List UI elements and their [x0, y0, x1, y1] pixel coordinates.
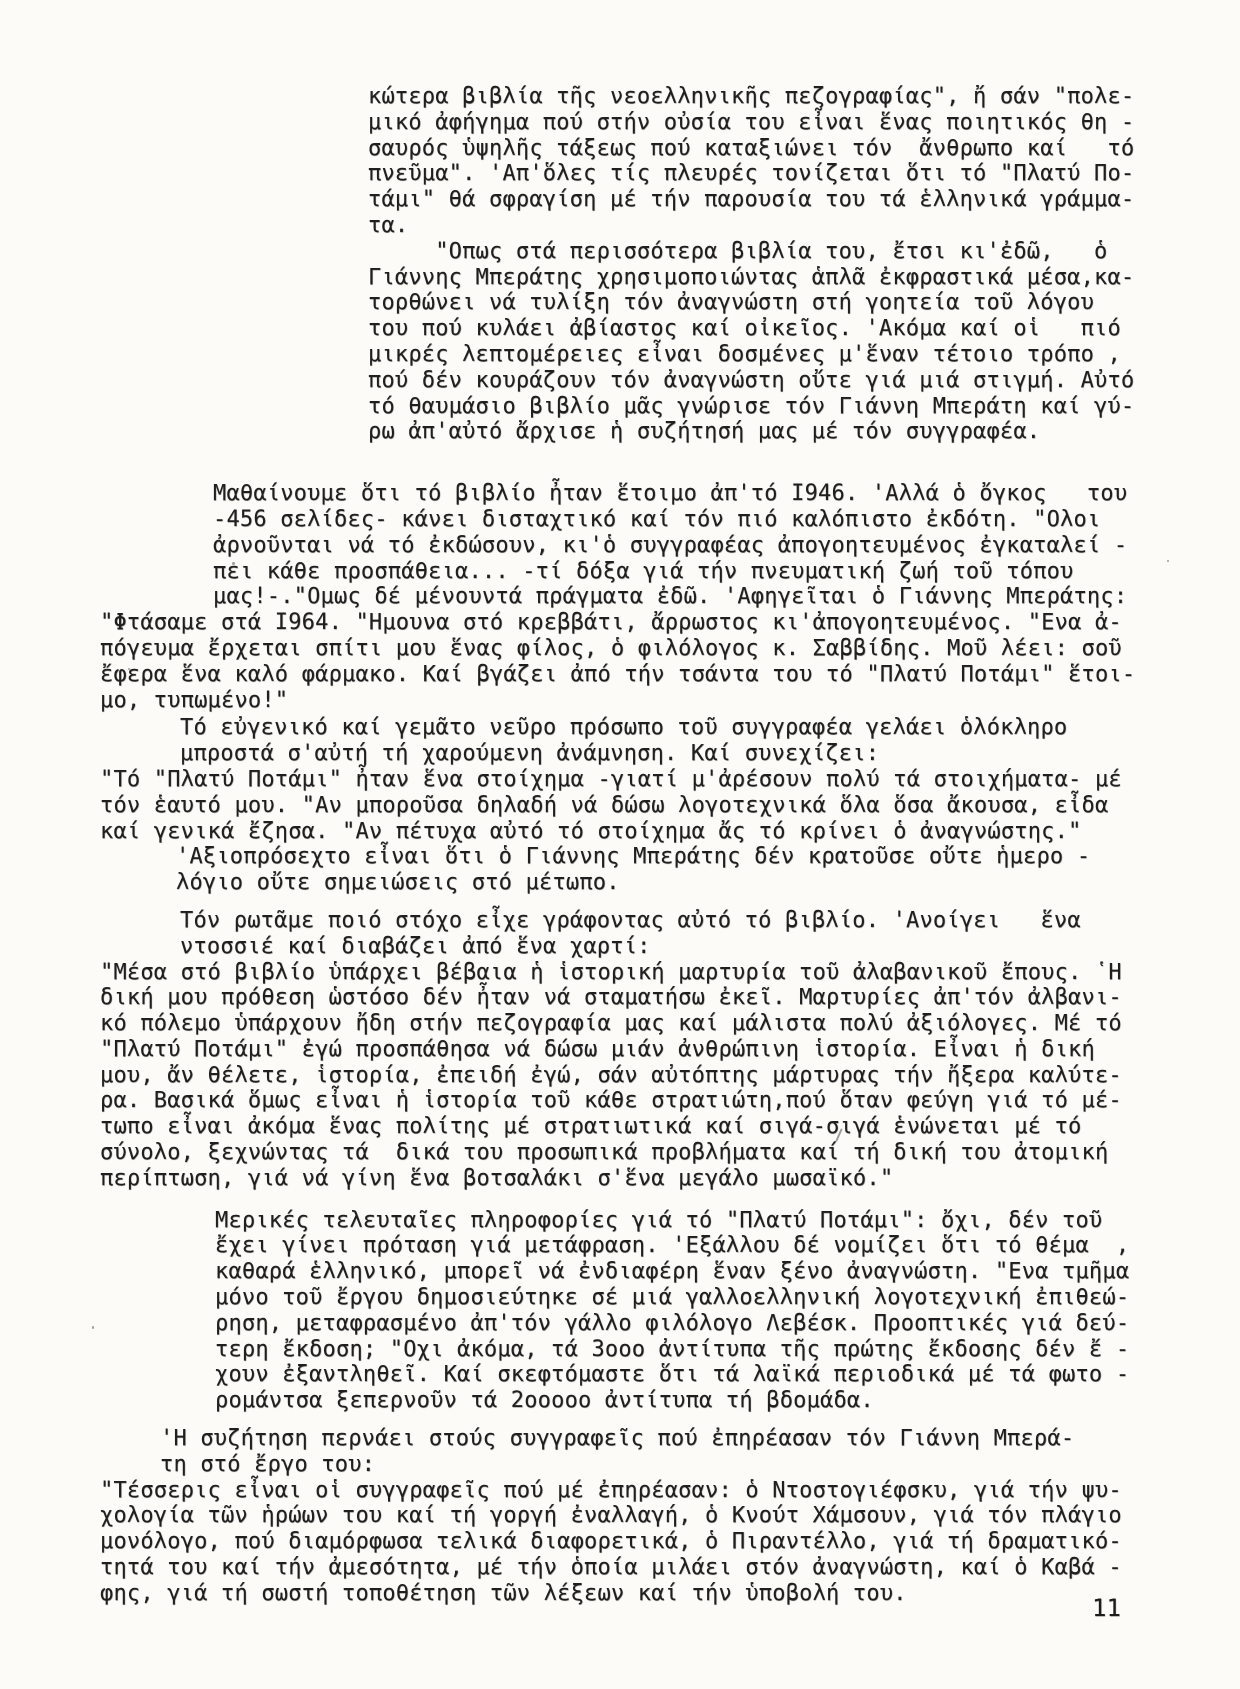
paragraph-press-quotes-continued: κώτερα βιβλία τῆς νεοελληνικῆς πεζογραφί…: [368, 84, 1240, 445]
scan-speck: [1167, 560, 1169, 562]
paragraph-dossier: Τόν ρωτᾶμε ποιό στόχο εἶχε γράφοντας αὐτ…: [180, 908, 1240, 960]
paragraph-final-info: Μερικές τελευταῖες πληροφορίες γιά τό "Π…: [215, 1208, 1240, 1414]
paragraph-beratis-quote-influences: "Τέσσερις εἶναι οἱ συγγραφεῖς πού μέ ἐπη…: [100, 1478, 1240, 1607]
paragraph-publication-history: Μαθαίνουμε ὅτι τό βιβλίο ἦταν ἕτοιμο ἀπ'…: [213, 481, 1240, 610]
paragraph-beratis-quote-goal: "Μέσα στό βιβλίο ὑπάρχει βέβαια ἡ ἱστορι…: [100, 960, 1240, 1192]
scan-speck: [92, 1326, 94, 1329]
scan-speck: [128, 668, 130, 670]
paragraph-no-diary: 'Αξιοπρόσεχτο εἶναι ὅτι ὁ Γιάννης Μπεράτ…: [176, 844, 1240, 896]
scanned-document-page: κώτερα βιβλία τῆς νεοελληνικῆς πεζογραφί…: [0, 0, 1240, 1689]
scan-speck: [232, 562, 235, 565]
paragraph-beratis-quote-bet: "Τό "Πλατύ Ποτάμι" ἦταν ἕνα στοίχημα -γι…: [100, 767, 1240, 844]
page-number: 11: [1092, 1594, 1121, 1622]
paragraph-beratis-quote-1964: "Φτάσαμε στά I964. "Ημουνα στό κρεββάτι,…: [100, 610, 1240, 713]
paragraph-happy-memory: Τό εὐγενικό καί γεμᾶτο νεῦρο πρόσωπο τοῦ…: [180, 715, 1240, 767]
paragraph-influences-intro: 'Η συζήτηση περνάει στούς συγγραφεῖς πού…: [160, 1426, 1240, 1478]
